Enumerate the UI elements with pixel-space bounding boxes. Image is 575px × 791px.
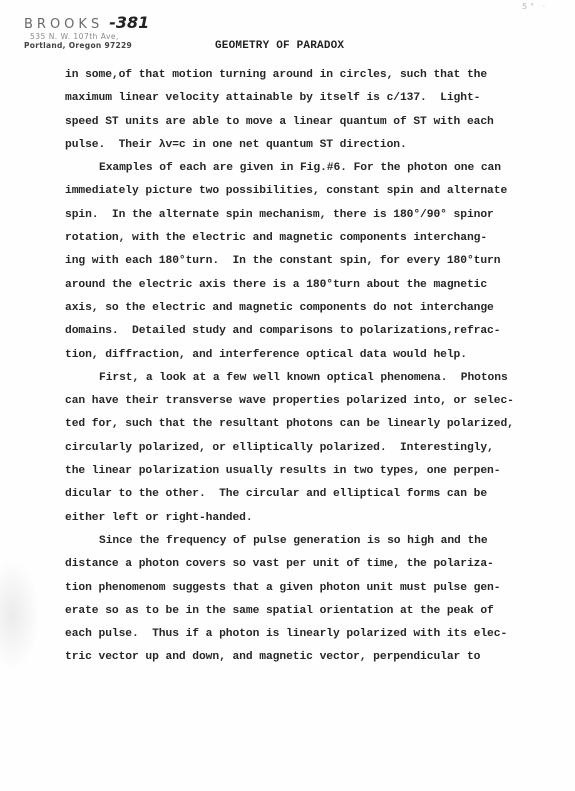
text-line: Since the frequency of pulse generation … [65, 530, 575, 553]
document-page: 5° · BROOKS -381 535 N. W. 107th Ave, Po… [0, 0, 575, 791]
letterhead: BROOKS -381 535 N. W. 107th Ave, Portlan… [24, 13, 149, 51]
scan-smudge [0, 560, 40, 670]
text-line: can have their transverse wave propertie… [65, 390, 575, 413]
letterhead-city: Portland, Oregon 97229 [24, 41, 149, 51]
text-line: erate so as to be in the same spatial or… [65, 600, 575, 623]
paragraph: First, a look at a few well known optica… [65, 367, 575, 530]
text-line: around the electric axis there is a 180°… [65, 274, 575, 297]
text-line: tion phenomenom suggests that a given ph… [65, 577, 575, 600]
text-line: circularly polarized, or elliptically po… [65, 437, 575, 460]
corner-pencil-mark: 5° · [522, 2, 548, 11]
text-line: Examples of each are given in Fig.#6. Fo… [65, 157, 575, 180]
text-line: axis, so the electric and magnetic compo… [65, 297, 575, 320]
text-line: speed ST units are able to move a linear… [65, 111, 575, 134]
text-line: distance a photon covers so vast per uni… [65, 553, 575, 576]
text-line: each pulse. Thus if a photon is linearly… [65, 623, 575, 646]
letterhead-name-row: BROOKS -381 [24, 13, 149, 32]
text-line: rotation, with the electric and magnetic… [65, 227, 575, 250]
paragraph: in some,of that motion turning around in… [65, 64, 575, 157]
paragraph: Since the frequency of pulse generation … [65, 530, 575, 670]
letterhead-name: BROOKS [24, 17, 103, 32]
handwritten-page-number: -381 [109, 13, 149, 32]
text-line: tric vector up and down, and magnetic ve… [65, 646, 575, 669]
text-line: domains. Detailed study and comparisons … [65, 320, 575, 343]
text-line: either left or right-handed. [65, 507, 575, 530]
text-line: tion, diffraction, and interference opti… [65, 344, 575, 367]
document-body: in some,of that motion turning around in… [65, 64, 575, 670]
document-title: GEOMETRY OF PARADOX [215, 40, 344, 52]
text-line: ted for, such that the resultant photons… [65, 413, 575, 436]
letterhead-street: 535 N. W. 107th Ave, [30, 32, 149, 41]
text-line: immediately picture two possibilities, c… [65, 180, 575, 203]
text-line: ing with each 180°turn. In the constant … [65, 250, 575, 273]
text-line: dicular to the other. The circular and e… [65, 483, 575, 506]
text-line: the linear polarization usually results … [65, 460, 575, 483]
text-line: pulse. Their λv=c in one net quantum ST … [65, 134, 575, 157]
text-line: in some,of that motion turning around in… [65, 64, 575, 87]
text-line: First, a look at a few well known optica… [65, 367, 575, 390]
text-line: spin. In the alternate spin mechanism, t… [65, 204, 575, 227]
paragraph: Examples of each are given in Fig.#6. Fo… [65, 157, 575, 367]
text-line: maximum linear velocity attainable by it… [65, 87, 575, 110]
